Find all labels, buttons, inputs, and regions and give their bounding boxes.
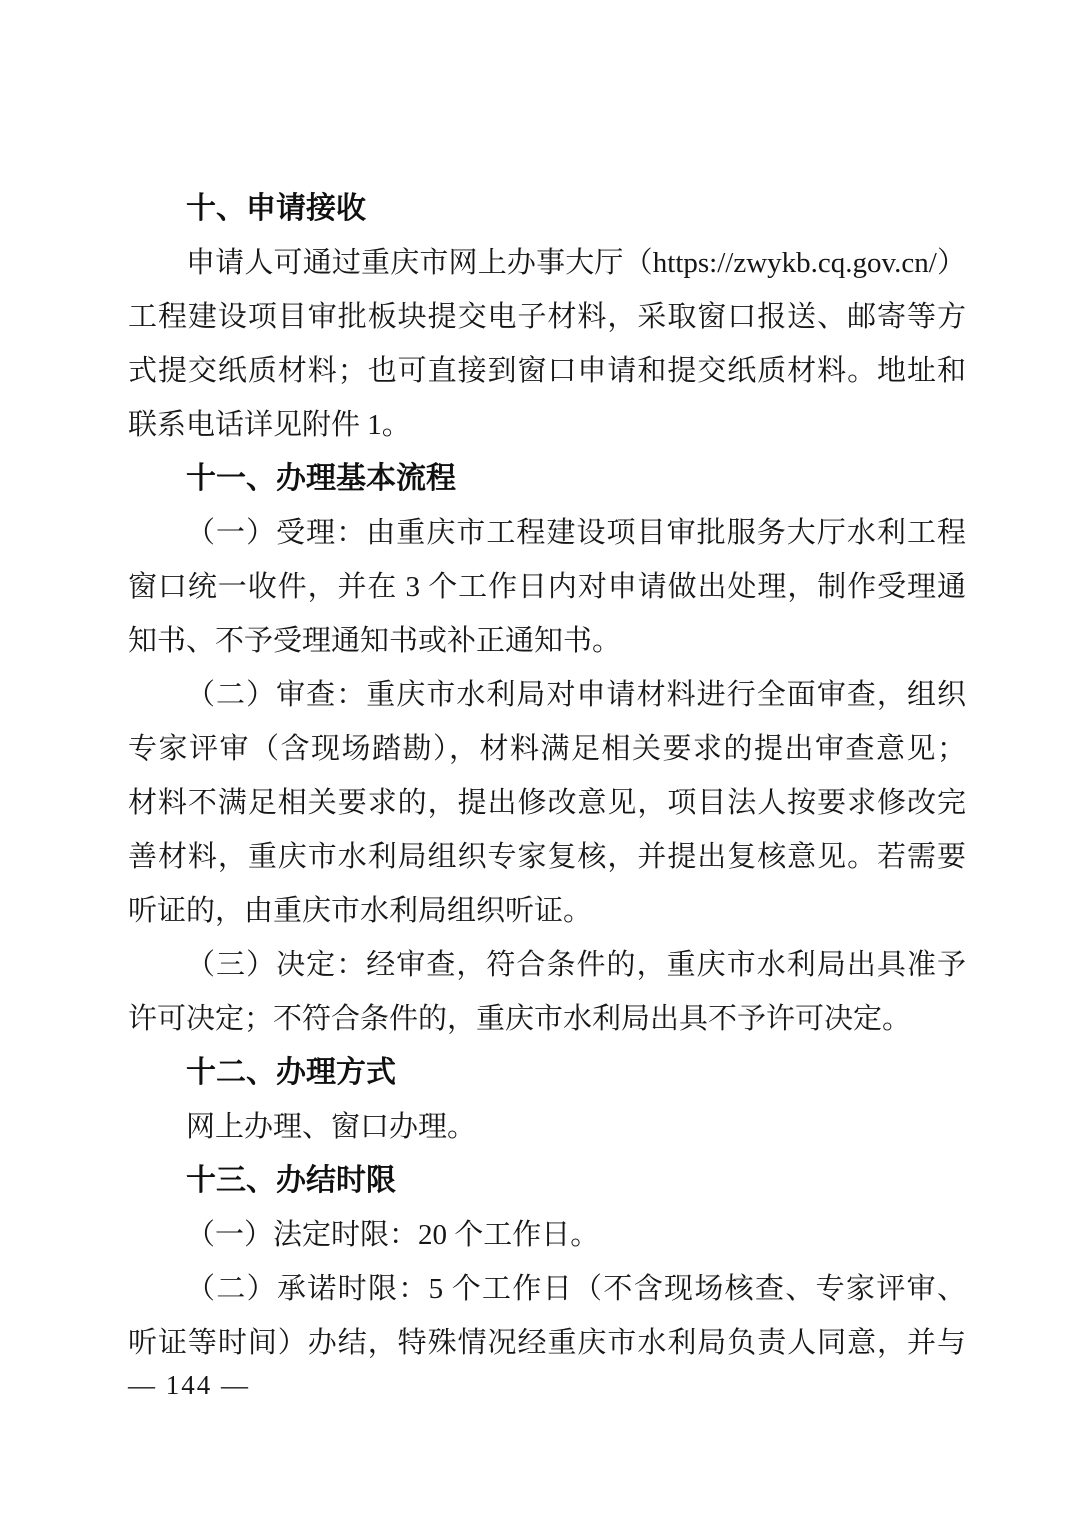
paragraph-line: （一）受理：由重庆市工程建设项目审批服务大厅水利工程: [128, 506, 966, 560]
paragraph-review: （二）审查：重庆市水利局对申请材料进行全面审查，组织 专家评审（含现场踏勘），材…: [128, 668, 966, 938]
section-heading-11: 十一、办理基本流程: [128, 452, 966, 506]
paragraph-line: 许可决定；不符合条件的，重庆市水利局出具不予许可决定。: [128, 992, 966, 1046]
paragraph-line: （三）决定：经审查，符合条件的，重庆市水利局出具准予: [128, 938, 966, 992]
paragraph-handling-method: 网上办理、窗口办理。: [128, 1100, 966, 1154]
paragraph-line: 听证等时间）办结，特殊情况经重庆市水利局负责人同意，并与: [128, 1316, 966, 1370]
page-number: — 144 —: [128, 1368, 250, 1402]
document-body: 十、申请接收 申请人可通过重庆市网上办事大厅（https://zwykb.cq.…: [128, 182, 966, 1370]
paragraph-line: 材料不满足相关要求的，提出修改意见，项目法人按要求修改完: [128, 776, 966, 830]
paragraph-line: 网上办理、窗口办理。: [128, 1100, 966, 1154]
paragraph-line: （二）承诺时限：5 个工作日（不含现场核查、专家评审、: [128, 1262, 966, 1316]
paragraph-application-receipt: 申请人可通过重庆市网上办事大厅（https://zwykb.cq.gov.cn/…: [128, 236, 966, 452]
paragraph-line: 申请人可通过重庆市网上办事大厅（https://zwykb.cq.gov.cn/…: [128, 236, 966, 290]
paragraph-line: （一）法定时限：20 个工作日。: [128, 1208, 966, 1262]
paragraph-promised-limit: （二）承诺时限：5 个工作日（不含现场核查、专家评审、 听证等时间）办结，特殊情…: [128, 1262, 966, 1370]
paragraph-line: 听证的，由重庆市水利局组织听证。: [128, 884, 966, 938]
section-heading-12: 十二、办理方式: [128, 1046, 966, 1100]
paragraph-line: 工程建设项目审批板块提交电子材料，采取窗口报送、邮寄等方: [128, 290, 966, 344]
paragraph-line: 专家评审（含现场踏勘），材料满足相关要求的提出审查意见；: [128, 722, 966, 776]
paragraph-statutory-limit: （一）法定时限：20 个工作日。: [128, 1208, 966, 1262]
paragraph-line: 式提交纸质材料；也可直接到窗口申请和提交纸质材料。地址和: [128, 344, 966, 398]
paragraph-line: 联系电话详见附件 1。: [128, 398, 966, 452]
section-heading-13: 十三、办结时限: [128, 1154, 966, 1208]
paragraph-line: 知书、不予受理通知书或补正通知书。: [128, 614, 966, 668]
paragraph-acceptance: （一）受理：由重庆市工程建设项目审批服务大厅水利工程 窗口统一收件，并在 3 个…: [128, 506, 966, 668]
paragraph-line: （二）审查：重庆市水利局对申请材料进行全面审查，组织: [128, 668, 966, 722]
paragraph-line: 善材料，重庆市水利局组织专家复核，并提出复核意见。若需要: [128, 830, 966, 884]
section-heading-10: 十、申请接收: [128, 182, 966, 236]
paragraph-decision: （三）决定：经审查，符合条件的，重庆市水利局出具准予 许可决定；不符合条件的，重…: [128, 938, 966, 1046]
document-page: 十、申请接收 申请人可通过重庆市网上办事大厅（https://zwykb.cq.…: [0, 0, 1074, 1520]
paragraph-line: 窗口统一收件，并在 3 个工作日内对申请做出处理，制作受理通: [128, 560, 966, 614]
